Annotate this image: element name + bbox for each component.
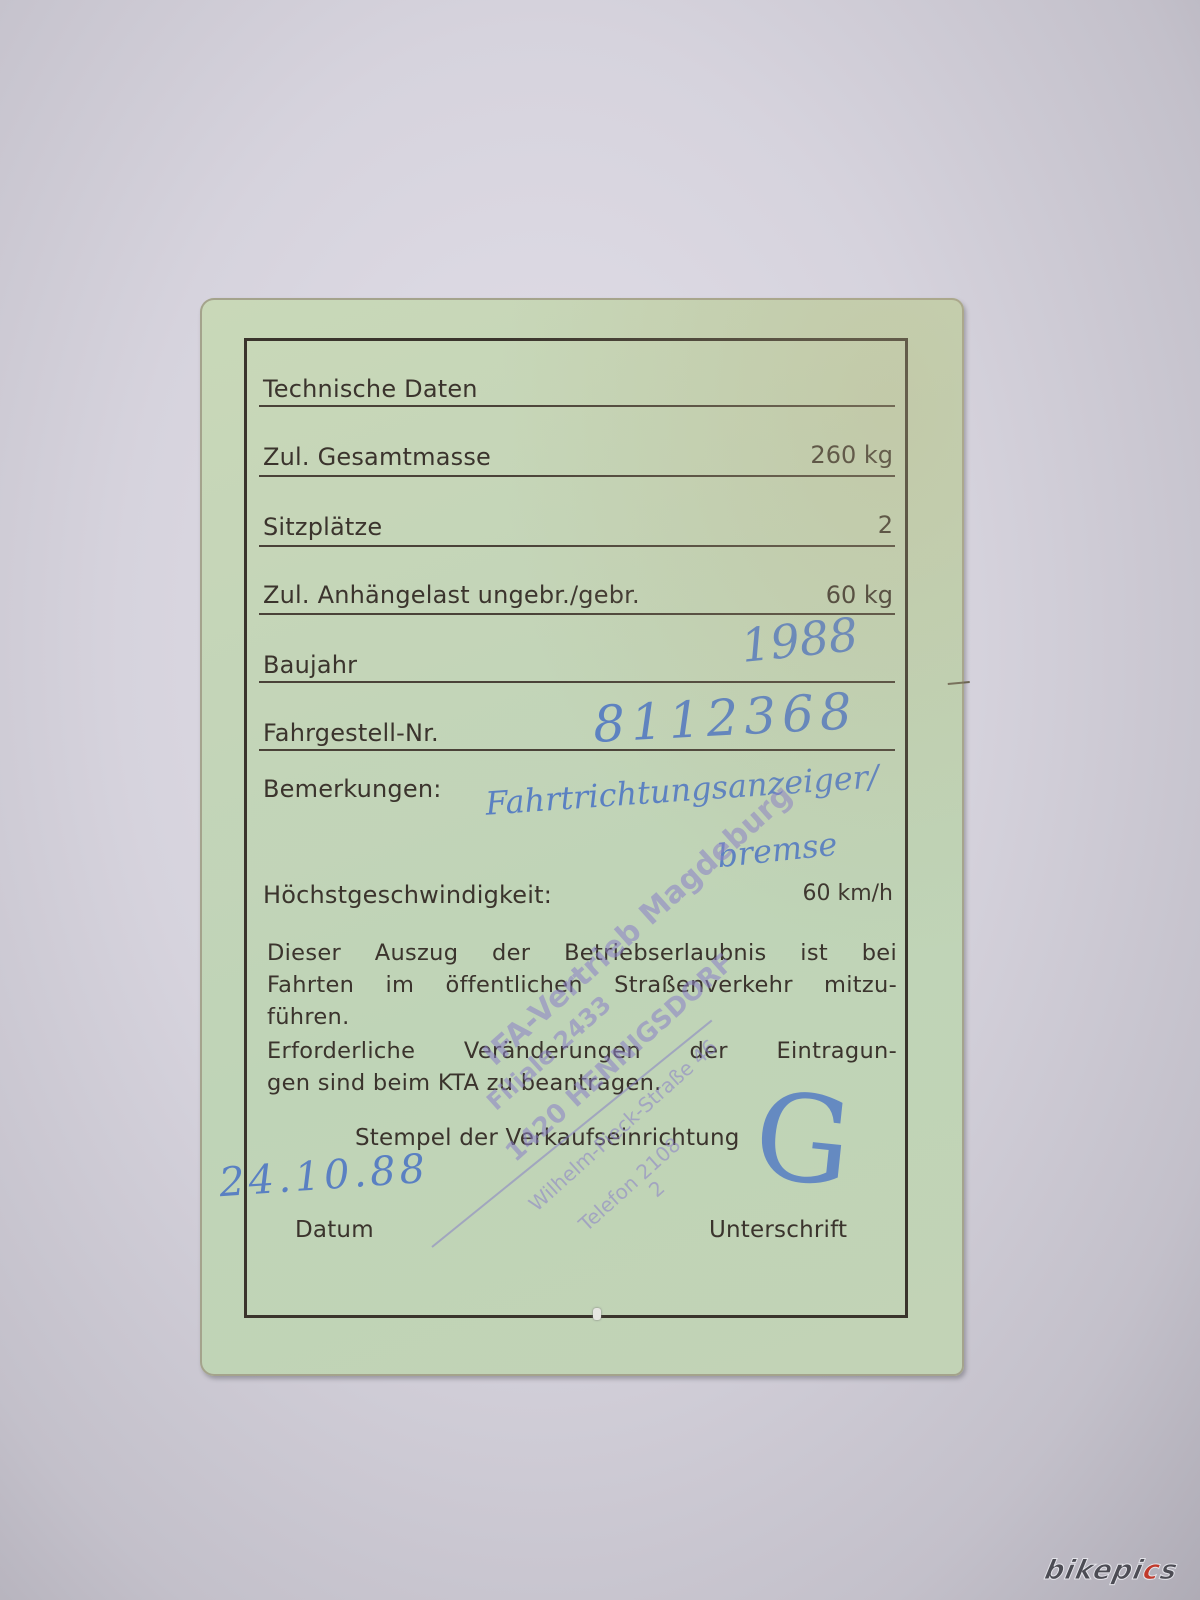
card-puncture [593, 1308, 601, 1320]
date-handwritten: 24.10.88 [218, 1146, 431, 1207]
field-value-gesamtmasse: 260 kg [810, 441, 893, 469]
speed-label: Höchstgeschwindigkeit: [263, 881, 552, 909]
field-label-fahrgestell: Fahrgestell-Nr. [263, 719, 439, 747]
section-title: Technische Daten [263, 375, 478, 403]
field-label-anhaengelast: Zul. Anhängelast ungebr./gebr. [263, 581, 640, 609]
card-edge-nick [948, 681, 971, 691]
field-label-baujahr: Baujahr [263, 651, 357, 679]
vehicle-document-card: Technische Daten Zul. Gesamtmasse 260 kg… [200, 298, 964, 1376]
remarks-handwritten-line1: Fahrtrichtungsanzeiger/ [484, 757, 880, 822]
field-value-baujahr-handwritten: 1988 [738, 607, 860, 673]
signature-handwritten: G [748, 1066, 858, 1214]
speed-value: 60 km/h [802, 881, 893, 906]
remarks-label: Bemerkungen: [263, 775, 442, 803]
field-value-fahrgestell-handwritten: 8112368 [592, 682, 859, 754]
watermark-prefix: bikepi [1042, 1555, 1147, 1586]
bikepics-watermark-logo: bikepics [1042, 1555, 1181, 1586]
row-divider [259, 681, 895, 683]
row-divider [259, 545, 895, 547]
field-value-anhaengelast: 60 kg [826, 581, 893, 609]
field-label-sitzplaetze: Sitzplätze [263, 513, 382, 541]
row-divider [259, 749, 895, 751]
row-divider [259, 405, 895, 407]
field-label-gesamtmasse: Zul. Gesamtmasse [263, 443, 491, 471]
field-value-sitzplaetze: 2 [878, 511, 893, 539]
row-divider [259, 475, 895, 477]
date-label: Datum [295, 1217, 374, 1243]
signature-label: Unterschrift [709, 1217, 847, 1243]
